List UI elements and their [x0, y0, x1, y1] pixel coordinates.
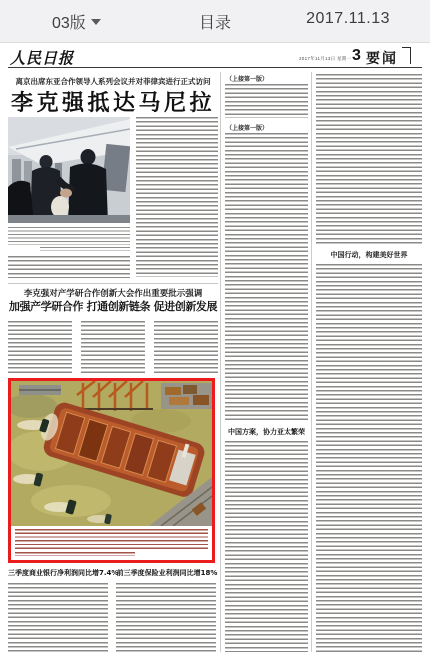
column-divider [220, 72, 221, 652]
text-lines [225, 133, 308, 421]
banks-article-headline[interactable]: 三季度商业银行净利润同比增7.4% [8, 568, 110, 578]
handshake-photo-graphic [8, 117, 130, 223]
manila-article-headline[interactable]: 李克强抵达马尼拉 [8, 86, 218, 117]
text-lines [225, 441, 308, 652]
innovation-article-headline[interactable]: 加强产学研合作 打通创新链条 促进创新发展 [8, 298, 218, 314]
page-selector-button[interactable]: 03版 [52, 10, 101, 33]
text-lines [316, 264, 422, 652]
app-bar: 03版 目录 2017.11.13 [0, 0, 430, 43]
highlight-caption-credit [15, 552, 135, 556]
continuation-marker: （上接第一版） [226, 74, 268, 83]
airport-handshake-photo[interactable] [8, 117, 130, 223]
text-lines [136, 117, 218, 277]
article-separator [8, 283, 218, 284]
insurance-article-headline[interactable]: 前三季度保险业利润同比增18% [116, 568, 218, 578]
text-lines [154, 321, 218, 374]
newspaper-logo: 人民日报 [10, 46, 74, 68]
text-lines [81, 321, 145, 374]
text-lines [225, 84, 308, 118]
masthead-date: 2017年11月13日 星期一 [299, 56, 351, 62]
highlight-caption-lines [15, 529, 208, 551]
chevron-down-icon [91, 19, 101, 25]
highlighted-article-region[interactable] [8, 378, 215, 563]
toc-button[interactable]: 目录 [199, 10, 231, 33]
page-selector-label: 03版 [52, 10, 86, 33]
port-ship-aerial-photo [11, 381, 212, 526]
text-lines [8, 321, 72, 374]
text-lines [116, 583, 216, 652]
masthead-bracket [402, 47, 411, 64]
epaper-reader-screen: 03版 目录 2017.11.13 人民日报 2017年11月13日 星期一 3… [0, 0, 430, 652]
masthead-page-number: 3 [352, 47, 361, 65]
masthead-section: 要闻 [366, 48, 398, 68]
text-lines [316, 74, 422, 244]
column-divider [311, 72, 312, 652]
photo-caption-credit [40, 247, 130, 251]
photo-caption-lines [8, 227, 130, 245]
date-selector[interactable]: 2017.11.13 [306, 10, 390, 28]
right-column-subhead[interactable]: 中国行动，构建美好世界 [316, 250, 422, 260]
text-lines [8, 583, 108, 652]
text-lines [8, 256, 130, 278]
middle-column-subhead[interactable]: 中国方案，协力亚太繁荣 [225, 427, 308, 437]
continuation-marker: （上接第一版） [226, 123, 268, 132]
masthead-rule [8, 67, 422, 68]
